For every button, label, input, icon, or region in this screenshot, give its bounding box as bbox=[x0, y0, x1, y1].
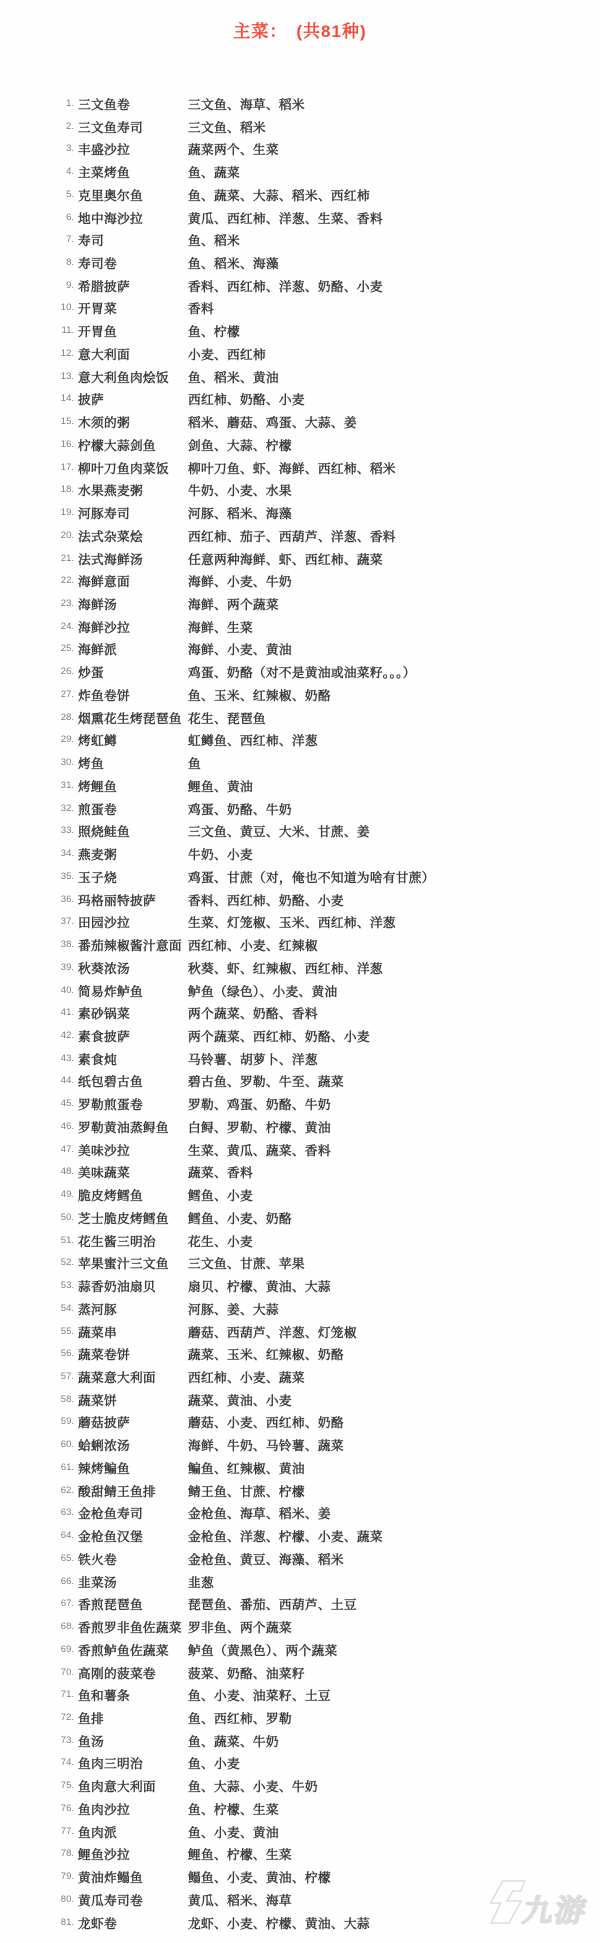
dish-ingredients: 鱼、小麦 bbox=[188, 1753, 240, 1772]
dish-ingredients: 鳕鱼、小麦 bbox=[188, 1185, 253, 1204]
watermark-g-icon bbox=[487, 1881, 524, 1923]
list-item: 30. 烤鱼 鱼 bbox=[0, 751, 600, 774]
item-number: 46. bbox=[0, 1121, 76, 1132]
dish-name: 鱼汤 bbox=[78, 1731, 188, 1750]
item-number: 21. bbox=[0, 553, 76, 564]
dish-ingredients: 龙虾、小麦、柠檬、黄油、大蒜 bbox=[188, 1913, 370, 1932]
item-number: 26. bbox=[0, 666, 76, 677]
dish-name: 鱼排 bbox=[78, 1708, 188, 1727]
item-number: 59. bbox=[0, 1416, 76, 1427]
dish-ingredients: 蔬菜、香料 bbox=[188, 1162, 253, 1181]
dish-ingredients: 扇贝、柠檬、黄油、大蒜 bbox=[188, 1276, 331, 1295]
dish-ingredients: 两个蔬菜、西红柿、奶酪、小麦 bbox=[188, 1026, 370, 1045]
dish-name: 芝士脆皮烤鳕鱼 bbox=[78, 1208, 188, 1227]
item-number: 38. bbox=[0, 939, 76, 950]
item-number: 75. bbox=[0, 1780, 76, 1791]
dish-name: 韭菜汤 bbox=[78, 1572, 188, 1591]
list-item: 74. 鱼肉三明治 鱼、小麦 bbox=[0, 1752, 600, 1775]
dish-ingredients: 鱼、稻米、海藻 bbox=[188, 253, 279, 272]
list-item: 33. 照烧鲑鱼 三文鱼、黄豆、大米、甘蔗、姜 bbox=[0, 820, 600, 843]
item-number: 17. bbox=[0, 462, 76, 473]
dish-name: 鱼肉派 bbox=[78, 1822, 188, 1841]
dish-ingredients: 牛奶、小麦 bbox=[188, 844, 253, 863]
dish-name: 海鲜沙拉 bbox=[78, 617, 188, 636]
list-item: 72. 鱼排 鱼、西红柿、罗勒 bbox=[0, 1706, 600, 1729]
item-number: 10. bbox=[0, 302, 76, 313]
item-number: 66. bbox=[0, 1576, 76, 1587]
dish-name: 香煎琵琶鱼 bbox=[78, 1594, 188, 1613]
dish-name: 烟熏花生烤琵琶鱼 bbox=[78, 708, 188, 727]
list-item: 56. 蔬菜卷饼 蔬菜、玉米、红辣椒、奶酪 bbox=[0, 1342, 600, 1365]
list-item: 77. 鱼肉派 鱼、小麦、黄油 bbox=[0, 1820, 600, 1843]
dish-name: 苹果蜜汁三文鱼 bbox=[78, 1253, 188, 1272]
dish-name: 法式杂菜烩 bbox=[78, 526, 188, 545]
dish-ingredients: 金枪鱼、海草、稻米、姜 bbox=[188, 1503, 331, 1522]
item-number: 52. bbox=[0, 1257, 76, 1268]
list-item: 32. 煎蛋卷 鸡蛋、奶酪、牛奶 bbox=[0, 797, 600, 820]
list-item: 20. 法式杂菜烩 西红柿、茄子、西葫芦、洋葱、香料 bbox=[0, 524, 600, 547]
item-number: 8. bbox=[0, 257, 76, 268]
item-number: 39. bbox=[0, 962, 76, 973]
dish-ingredients: 香料 bbox=[188, 298, 214, 317]
dish-ingredients: 花生、小麦 bbox=[188, 1231, 253, 1250]
dish-ingredients: 三文鱼、黄豆、大米、甘蔗、姜 bbox=[188, 821, 370, 840]
list-item: 53. 蒜香奶油扇贝 扇贝、柠檬、黄油、大蒜 bbox=[0, 1274, 600, 1297]
list-item: 19. 河豚寿司 河豚、稻米、海藻 bbox=[0, 501, 600, 524]
dish-name: 希腊披萨 bbox=[78, 276, 188, 295]
list-item: 22. 海鲜意面 海鲜、小麦、牛奶 bbox=[0, 569, 600, 592]
list-item: 48. 美味蔬菜 蔬菜、香料 bbox=[0, 1161, 600, 1184]
list-item: 14. 披萨 西红柿、奶酪、小麦 bbox=[0, 388, 600, 411]
dish-ingredients: 鸡蛋、奶酪（对不是黄油或油菜籽。。。） bbox=[188, 662, 416, 681]
dish-ingredients: 鱼、柠檬 bbox=[188, 321, 240, 340]
list-item: 50. 芝士脆皮烤鳕鱼 鳕鱼、小麦、奶酪 bbox=[0, 1206, 600, 1229]
item-number: 63. bbox=[0, 1507, 76, 1518]
dish-ingredients: 三文鱼、稻米 bbox=[188, 117, 266, 136]
list-item: 60. 蛤蜊浓汤 海鲜、牛奶、马铃薯、蔬菜 bbox=[0, 1433, 600, 1456]
dish-ingredients: 鱼、稻米、黄油 bbox=[188, 367, 279, 386]
list-item: 44. 纸包碧古鱼 碧古鱼、罗勒、牛至、蔬菜 bbox=[0, 1070, 600, 1093]
dish-name: 辣烤鳊鱼 bbox=[78, 1458, 188, 1477]
dish-name: 鱼肉沙拉 bbox=[78, 1799, 188, 1818]
dish-name: 法式海鲜汤 bbox=[78, 549, 188, 568]
dish-ingredients: 海鲜、生菜 bbox=[188, 617, 253, 636]
item-number: 70. bbox=[0, 1667, 76, 1678]
dish-ingredients: 鲈鱼（黄黑色）、两个蔬菜 bbox=[188, 1640, 338, 1659]
item-number: 48. bbox=[0, 1166, 76, 1177]
list-item: 59. 蘑菇披萨 蘑菇、小麦、西红柿、奶酪 bbox=[0, 1411, 600, 1434]
dish-name: 鲤鱼沙拉 bbox=[78, 1844, 188, 1863]
item-number: 72. bbox=[0, 1712, 76, 1723]
dish-ingredients: 虹鳟鱼、西红柿、洋葱 bbox=[188, 730, 318, 749]
dish-ingredients: 蔬菜两个、生菜 bbox=[188, 139, 279, 158]
dish-name: 纸包碧古鱼 bbox=[78, 1071, 188, 1090]
dish-ingredients: 两个蔬菜、奶酪、香料 bbox=[188, 1003, 318, 1022]
list-item: 11. 开胃鱼 鱼、柠檬 bbox=[0, 319, 600, 342]
item-number: 43. bbox=[0, 1053, 76, 1064]
dish-ingredients: 马铃薯、胡萝卜、洋葱 bbox=[188, 1049, 318, 1068]
dish-ingredients: 西红柿、茄子、西葫芦、洋葱、香料 bbox=[188, 526, 396, 545]
dish-name: 意大利面 bbox=[78, 344, 188, 363]
list-item: 36. 玛格丽特披萨 香料、西红柿、奶酪、小麦 bbox=[0, 888, 600, 911]
list-item: 39. 秋葵浓汤 秋葵、虾、红辣椒、西红柿、洋葱 bbox=[0, 956, 600, 979]
dish-name: 素砂锅菜 bbox=[78, 1003, 188, 1022]
dish-ingredients: 生菜、灯笼椒、玉米、西红柿、洋葱 bbox=[188, 912, 396, 931]
list-item: 37. 田园沙拉 生菜、灯笼椒、玉米、西红柿、洋葱 bbox=[0, 910, 600, 933]
item-number: 32. bbox=[0, 803, 76, 814]
item-number: 28. bbox=[0, 712, 76, 723]
list-item: 8. 寿司卷 鱼、稻米、海藻 bbox=[0, 251, 600, 274]
item-number: 62. bbox=[0, 1485, 76, 1496]
dish-name: 高刚的菠菜卷 bbox=[78, 1663, 188, 1682]
list-item: 47. 美味沙拉 生菜、黄瓜、蔬菜、香料 bbox=[0, 1138, 600, 1161]
dish-ingredients: 鱼、蔬菜、牛奶 bbox=[188, 1731, 279, 1750]
dish-ingredients: 鱼、小麦、黄油 bbox=[188, 1822, 279, 1841]
list-item: 31. 烤鲤鱼 鲤鱼、黄油 bbox=[0, 774, 600, 797]
list-item: 35. 玉子烧 鸡蛋、甘蔗（对，俺也不知道为啥有甘蔗） bbox=[0, 865, 600, 888]
guide-page: 主菜：(共81种) 1. 三文鱼卷 三文鱼、海草、稻米 2. 三文鱼寿司 三文鱼… bbox=[0, 0, 600, 1943]
dish-name: 柠檬大蒜剑鱼 bbox=[78, 435, 188, 454]
item-number: 3. bbox=[0, 143, 76, 154]
dish-ingredients: 鱼、稻米 bbox=[188, 230, 240, 249]
dish-name: 海鲜汤 bbox=[78, 594, 188, 613]
item-number: 65. bbox=[0, 1553, 76, 1564]
item-number: 2. bbox=[0, 121, 76, 132]
item-number: 9. bbox=[0, 280, 76, 291]
list-item: 71. 鱼和薯条 鱼、小麦、油菜籽、土豆 bbox=[0, 1683, 600, 1706]
item-number: 27. bbox=[0, 689, 76, 700]
item-number: 5. bbox=[0, 189, 76, 200]
dish-name: 酸甜鲭王鱼排 bbox=[78, 1481, 188, 1500]
dish-name: 三文鱼寿司 bbox=[78, 117, 188, 136]
dish-name: 黄油炸鳎鱼 bbox=[78, 1867, 188, 1886]
dish-name: 素食披萨 bbox=[78, 1026, 188, 1045]
list-item: 12. 意大利面 小麦、西红柿 bbox=[0, 342, 600, 365]
list-item: 42. 素食披萨 两个蔬菜、西红柿、奶酪、小麦 bbox=[0, 1024, 600, 1047]
list-item: 46. 罗勒黄油蒸鲟鱼 白鲟、罗勒、柠檬、黄油 bbox=[0, 1115, 600, 1138]
dish-ingredients: 黄瓜、稻米、海草 bbox=[188, 1890, 292, 1909]
dish-name: 蔬菜意大利面 bbox=[78, 1367, 188, 1386]
list-item: 5. 克里奥尔鱼 鱼、蔬菜、大蒜、稻米、西红柿 bbox=[0, 183, 600, 206]
dish-name: 简易炸鲈鱼 bbox=[78, 981, 188, 1000]
item-number: 54. bbox=[0, 1303, 76, 1314]
list-item: 43. 素食炖 马铃薯、胡萝卜、洋葱 bbox=[0, 1047, 600, 1070]
dish-ingredients: 河豚、稻米、海藻 bbox=[188, 503, 292, 522]
dish-name: 素食炖 bbox=[78, 1049, 188, 1068]
list-item: 26. 炒蛋 鸡蛋、奶酪（对不是黄油或油菜籽。。。） bbox=[0, 660, 600, 683]
item-number: 23. bbox=[0, 598, 76, 609]
dish-ingredients: 鳎鱼、小麦、黄油、柠檬 bbox=[188, 1867, 331, 1886]
list-item: 10. 开胃菜 香料 bbox=[0, 297, 600, 320]
dish-name: 美味蔬菜 bbox=[78, 1162, 188, 1181]
item-number: 68. bbox=[0, 1621, 76, 1632]
dish-ingredients: 鸡蛋、奶酪、牛奶 bbox=[188, 799, 292, 818]
item-number: 60. bbox=[0, 1439, 76, 1450]
dish-name: 香煎罗非鱼佐蔬菜 bbox=[78, 1617, 188, 1636]
dish-name: 寿司卷 bbox=[78, 253, 188, 272]
dish-ingredients: 鲈鱼（绿色）、小麦、黄油 bbox=[188, 981, 338, 1000]
dish-ingredients: 西红柿、小麦、红辣椒 bbox=[188, 935, 318, 954]
dish-name: 秋葵浓汤 bbox=[78, 958, 188, 977]
dish-ingredients: 罗非鱼、两个蔬菜 bbox=[188, 1617, 292, 1636]
dish-name: 河豚寿司 bbox=[78, 503, 188, 522]
item-number: 67. bbox=[0, 1598, 76, 1609]
list-item: 55. 蔬菜串 蘑菇、西葫芦、洋葱、灯笼椒 bbox=[0, 1320, 600, 1343]
item-number: 69. bbox=[0, 1644, 76, 1655]
dish-name: 花生酱三明治 bbox=[78, 1231, 188, 1250]
dish-name: 照烧鲑鱼 bbox=[78, 821, 188, 840]
item-number: 53. bbox=[0, 1280, 76, 1291]
dish-ingredients: 鱼 bbox=[188, 753, 201, 772]
dish-name: 烤鲤鱼 bbox=[78, 776, 188, 795]
list-item: 66. 韭菜汤 韭葱 bbox=[0, 1570, 600, 1593]
item-number: 42. bbox=[0, 1030, 76, 1041]
dish-name: 蒜香奶油扇贝 bbox=[78, 1276, 188, 1295]
item-number: 1. bbox=[0, 98, 76, 109]
list-item: 2. 三文鱼寿司 三文鱼、稻米 bbox=[0, 115, 600, 138]
dish-name: 蛤蜊浓汤 bbox=[78, 1435, 188, 1454]
item-number: 19. bbox=[0, 507, 76, 518]
list-item: 62. 酸甜鲭王鱼排 鲭王鱼、甘蔗、柠檬 bbox=[0, 1479, 600, 1502]
item-number: 58. bbox=[0, 1394, 76, 1405]
dish-name: 玛格丽特披萨 bbox=[78, 890, 188, 909]
item-number: 80. bbox=[0, 1894, 76, 1905]
item-number: 30. bbox=[0, 757, 76, 768]
dish-name: 地中海沙拉 bbox=[78, 208, 188, 227]
list-item: 63. 金枪鱼寿司 金枪鱼、海草、稻米、姜 bbox=[0, 1502, 600, 1525]
page-title: 主菜：(共81种) bbox=[0, 17, 600, 42]
dish-name: 开胃鱼 bbox=[78, 321, 188, 340]
dish-name: 金枪鱼汉堡 bbox=[78, 1526, 188, 1545]
dish-name: 木须的粥 bbox=[78, 412, 188, 431]
dish-name: 罗勒黄油蒸鲟鱼 bbox=[78, 1117, 188, 1136]
dish-ingredients: 鲤鱼、柠檬、生菜 bbox=[188, 1844, 292, 1863]
list-item: 27. 炸鱼卷饼 鱼、玉米、红辣椒、奶酪 bbox=[0, 683, 600, 706]
dish-name: 寿司 bbox=[78, 230, 188, 249]
list-item: 51. 花生酱三明治 花生、小麦 bbox=[0, 1229, 600, 1252]
dish-name: 烤鱼 bbox=[78, 753, 188, 772]
dish-ingredients: 牛奶、小麦、水果 bbox=[188, 480, 292, 499]
dish-name: 炒蛋 bbox=[78, 662, 188, 681]
item-number: 47. bbox=[0, 1144, 76, 1155]
list-item: 28. 烟熏花生烤琵琶鱼 花生、琵琶鱼 bbox=[0, 706, 600, 729]
dish-name: 铁火卷 bbox=[78, 1549, 188, 1568]
dish-name: 鱼和薯条 bbox=[78, 1685, 188, 1704]
dish-ingredients: 蔬菜、玉米、红辣椒、奶酪 bbox=[188, 1344, 344, 1363]
list-item: 49. 脆皮烤鳕鱼 鳕鱼、小麦 bbox=[0, 1183, 600, 1206]
list-item: 61. 辣烤鳊鱼 鳊鱼、红辣椒、黄油 bbox=[0, 1456, 600, 1479]
jiuyou-watermark-logo: 九游 bbox=[478, 1873, 596, 1935]
dish-ingredients: 西红柿、小麦、蔬菜 bbox=[188, 1367, 305, 1386]
list-item: 17. 柳叶刀鱼肉菜饭 柳叶刀鱼、虾、海鲜、西红柿、稻米 bbox=[0, 456, 600, 479]
dish-name: 蔬菜串 bbox=[78, 1322, 188, 1341]
item-number: 29. bbox=[0, 734, 76, 745]
list-item: 34. 燕麦粥 牛奶、小麦 bbox=[0, 842, 600, 865]
dish-name: 美味沙拉 bbox=[78, 1140, 188, 1159]
item-number: 11. bbox=[0, 325, 76, 336]
dish-name: 海鲜派 bbox=[78, 639, 188, 658]
list-item: 18. 水果燕麦粥 牛奶、小麦、水果 bbox=[0, 478, 600, 501]
list-item: 57. 蔬菜意大利面 西红柿、小麦、蔬菜 bbox=[0, 1365, 600, 1388]
dish-ingredients: 琵琶鱼、番茄、西葫芦、土豆 bbox=[188, 1594, 357, 1613]
dish-name: 披萨 bbox=[78, 389, 188, 408]
dish-ingredients: 韭葱 bbox=[188, 1572, 214, 1591]
dish-ingredients: 鲭王鱼、甘蔗、柠檬 bbox=[188, 1481, 305, 1500]
list-item: 6. 地中海沙拉 黄瓜、西红柿、洋葱、生菜、香料 bbox=[0, 206, 600, 229]
dish-name: 鱼肉意大利面 bbox=[78, 1776, 188, 1795]
dish-name: 蘑菇披萨 bbox=[78, 1412, 188, 1431]
dish-name: 开胃菜 bbox=[78, 298, 188, 317]
list-item: 15. 木须的粥 稻米、蘑菇、鸡蛋、大蒜、姜 bbox=[0, 410, 600, 433]
item-number: 40. bbox=[0, 985, 76, 996]
dish-ingredients: 鱼、玉米、红辣椒、奶酪 bbox=[188, 685, 331, 704]
dish-ingredients: 任意两种海鲜、虾、西红柿、蔬菜 bbox=[188, 549, 383, 568]
dish-name: 鱼肉三明治 bbox=[78, 1753, 188, 1772]
dish-ingredients: 柳叶刀鱼、虾、海鲜、西红柿、稻米 bbox=[188, 458, 396, 477]
page-title-label: 主菜： bbox=[233, 22, 287, 41]
item-number: 16. bbox=[0, 439, 76, 450]
item-number: 36. bbox=[0, 894, 76, 905]
dish-ingredients: 西红柿、奶酪、小麦 bbox=[188, 389, 305, 408]
dish-name: 番茄辣椒酱汁意面 bbox=[78, 935, 188, 954]
list-item: 25. 海鲜派 海鲜、小麦、黄油 bbox=[0, 638, 600, 661]
item-number: 31. bbox=[0, 780, 76, 791]
dish-name: 意大利鱼肉烩饭 bbox=[78, 367, 188, 386]
dish-ingredients: 生菜、黄瓜、蔬菜、香料 bbox=[188, 1140, 331, 1159]
list-item: 76. 鱼肉沙拉 鱼、柠檬、生菜 bbox=[0, 1797, 600, 1820]
dish-name: 金枪鱼寿司 bbox=[78, 1503, 188, 1522]
item-number: 56. bbox=[0, 1348, 76, 1359]
list-item: 45. 罗勒煎蛋卷 罗勒、鸡蛋、奶酪、牛奶 bbox=[0, 1092, 600, 1115]
dish-ingredients: 鱼、小麦、油菜籽、土豆 bbox=[188, 1685, 331, 1704]
item-number: 25. bbox=[0, 643, 76, 654]
dish-name: 香煎鲈鱼佐蔬菜 bbox=[78, 1640, 188, 1659]
list-item: 38. 番茄辣椒酱汁意面 西红柿、小麦、红辣椒 bbox=[0, 933, 600, 956]
list-item: 78. 鲤鱼沙拉 鲤鱼、柠檬、生菜 bbox=[0, 1843, 600, 1866]
dish-ingredients: 鳕鱼、小麦、奶酪 bbox=[188, 1208, 292, 1227]
dish-ingredients: 鱼、西红柿、罗勒 bbox=[188, 1708, 292, 1727]
list-item: 64. 金枪鱼汉堡 金枪鱼、洋葱、柠檬、小麦、蔬菜 bbox=[0, 1524, 600, 1547]
item-number: 78. bbox=[0, 1848, 76, 1859]
list-item: 23. 海鲜汤 海鲜、两个蔬菜 bbox=[0, 592, 600, 615]
item-number: 15. bbox=[0, 416, 76, 427]
item-number: 7. bbox=[0, 234, 76, 245]
item-number: 55. bbox=[0, 1326, 76, 1337]
dish-ingredients: 鸡蛋、甘蔗（对，俺也不知道为啥有甘蔗） bbox=[188, 867, 435, 886]
dish-name: 炸鱼卷饼 bbox=[78, 685, 188, 704]
item-number: 20. bbox=[0, 530, 76, 541]
dish-ingredients: 菠菜、奶酪、油菜籽 bbox=[188, 1663, 305, 1682]
list-item: 29. 烤虹鳟 虹鳟鱼、西红柿、洋葱 bbox=[0, 729, 600, 752]
item-number: 77. bbox=[0, 1826, 76, 1837]
dish-name: 丰盛沙拉 bbox=[78, 139, 188, 158]
list-item: 21. 法式海鲜汤 任意两种海鲜、虾、西红柿、蔬菜 bbox=[0, 547, 600, 570]
dish-ingredients: 鳊鱼、红辣椒、黄油 bbox=[188, 1458, 305, 1477]
dish-name: 玉子烧 bbox=[78, 867, 188, 886]
item-number: 50. bbox=[0, 1212, 76, 1223]
dish-ingredients: 稻米、蘑菇、鸡蛋、大蒜、姜 bbox=[188, 412, 357, 431]
list-item: 9. 希腊披萨 香料、西红柿、洋葱、奶酪、小麦 bbox=[0, 274, 600, 297]
list-item: 73. 鱼汤 鱼、蔬菜、牛奶 bbox=[0, 1729, 600, 1752]
item-number: 35. bbox=[0, 871, 76, 882]
item-number: 61. bbox=[0, 1462, 76, 1473]
item-number: 81. bbox=[0, 1917, 76, 1928]
list-item: 65. 铁火卷 金枪鱼、黄豆、海藻、稻米 bbox=[0, 1547, 600, 1570]
list-item: 69. 香煎鲈鱼佐蔬菜 鲈鱼（黄黑色）、两个蔬菜 bbox=[0, 1638, 600, 1661]
item-number: 4. bbox=[0, 166, 76, 177]
dish-name: 脆皮烤鳕鱼 bbox=[78, 1185, 188, 1204]
item-number: 64. bbox=[0, 1530, 76, 1541]
item-number: 12. bbox=[0, 348, 76, 359]
dish-ingredients: 罗勒、鸡蛋、奶酪、牛奶 bbox=[188, 1094, 331, 1113]
dish-ingredients: 鲤鱼、黄油 bbox=[188, 776, 253, 795]
item-number: 14. bbox=[0, 393, 76, 404]
item-number: 22. bbox=[0, 575, 76, 586]
list-item: 75. 鱼肉意大利面 鱼、大蒜、小麦、牛奶 bbox=[0, 1774, 600, 1797]
dish-ingredients: 金枪鱼、黄豆、海藻、稻米 bbox=[188, 1549, 344, 1568]
dish-ingredients: 海鲜、小麦、牛奶 bbox=[188, 571, 292, 590]
dish-name: 柳叶刀鱼肉菜饭 bbox=[78, 458, 188, 477]
dish-name: 三文鱼卷 bbox=[78, 94, 188, 113]
list-item: 13. 意大利鱼肉烩饭 鱼、稻米、黄油 bbox=[0, 365, 600, 388]
dish-ingredients: 海鲜、两个蔬菜 bbox=[188, 594, 279, 613]
list-item: 16. 柠檬大蒜剑鱼 剑鱼、大蒜、柠檬 bbox=[0, 433, 600, 456]
page-title-count: (共81种) bbox=[296, 22, 366, 41]
dish-ingredients: 海鲜、牛奶、马铃薯、蔬菜 bbox=[188, 1435, 344, 1454]
item-number: 57. bbox=[0, 1371, 76, 1382]
item-number: 73. bbox=[0, 1735, 76, 1746]
list-item: 3. 丰盛沙拉 蔬菜两个、生菜 bbox=[0, 137, 600, 160]
dish-name: 蔬菜饼 bbox=[78, 1390, 188, 1409]
list-item: 52. 苹果蜜汁三文鱼 三文鱼、甘蔗、苹果 bbox=[0, 1251, 600, 1274]
dish-ingredients: 香料、西红柿、洋葱、奶酪、小麦 bbox=[188, 276, 383, 295]
item-number: 79. bbox=[0, 1871, 76, 1882]
item-number: 6. bbox=[0, 212, 76, 223]
dish-name: 蔬菜卷饼 bbox=[78, 1344, 188, 1363]
item-number: 41. bbox=[0, 1007, 76, 1018]
dish-ingredients: 白鲟、罗勒、柠檬、黄油 bbox=[188, 1117, 331, 1136]
dish-ingredients: 金枪鱼、洋葱、柠檬、小麦、蔬菜 bbox=[188, 1526, 383, 1545]
list-item: 70. 高刚的菠菜卷 菠菜、奶酪、油菜籽 bbox=[0, 1661, 600, 1684]
dish-ingredients: 河豚、姜、大蒜 bbox=[188, 1299, 279, 1318]
list-item: 54. 蒸河豚 河豚、姜、大蒜 bbox=[0, 1297, 600, 1320]
watermark-text: 九游 bbox=[520, 1894, 590, 1928]
dish-name: 主菜烤鱼 bbox=[78, 162, 188, 181]
dish-list: 1. 三文鱼卷 三文鱼、海草、稻米 2. 三文鱼寿司 三文鱼、稻米 3. 丰盛沙… bbox=[0, 92, 600, 1933]
dish-ingredients: 鱼、柠檬、生菜 bbox=[188, 1799, 279, 1818]
dish-ingredients: 黄瓜、西红柿、洋葱、生菜、香料 bbox=[188, 208, 383, 227]
dish-name: 海鲜意面 bbox=[78, 571, 188, 590]
item-number: 44. bbox=[0, 1075, 76, 1086]
dish-name: 罗勒煎蛋卷 bbox=[78, 1094, 188, 1113]
list-item: 67. 香煎琵琶鱼 琵琶鱼、番茄、西葫芦、土豆 bbox=[0, 1592, 600, 1615]
item-number: 76. bbox=[0, 1803, 76, 1814]
dish-ingredients: 蘑菇、西葫芦、洋葱、灯笼椒 bbox=[188, 1322, 357, 1341]
dish-name: 煎蛋卷 bbox=[78, 799, 188, 818]
item-number: 13. bbox=[0, 371, 76, 382]
dish-ingredients: 鱼、蔬菜 bbox=[188, 162, 240, 181]
dish-ingredients: 鱼、大蒜、小麦、牛奶 bbox=[188, 1776, 318, 1795]
item-number: 45. bbox=[0, 1098, 76, 1109]
list-item: 41. 素砂锅菜 两个蔬菜、奶酪、香料 bbox=[0, 1001, 600, 1024]
dish-ingredients: 香料、西红柿、奶酪、小麦 bbox=[188, 890, 344, 909]
item-number: 74. bbox=[0, 1757, 76, 1768]
dish-ingredients: 蔬菜、黄油、小麦 bbox=[188, 1390, 292, 1409]
item-number: 71. bbox=[0, 1689, 76, 1700]
dish-ingredients: 海鲜、小麦、黄油 bbox=[188, 639, 292, 658]
item-number: 49. bbox=[0, 1189, 76, 1200]
item-number: 18. bbox=[0, 484, 76, 495]
